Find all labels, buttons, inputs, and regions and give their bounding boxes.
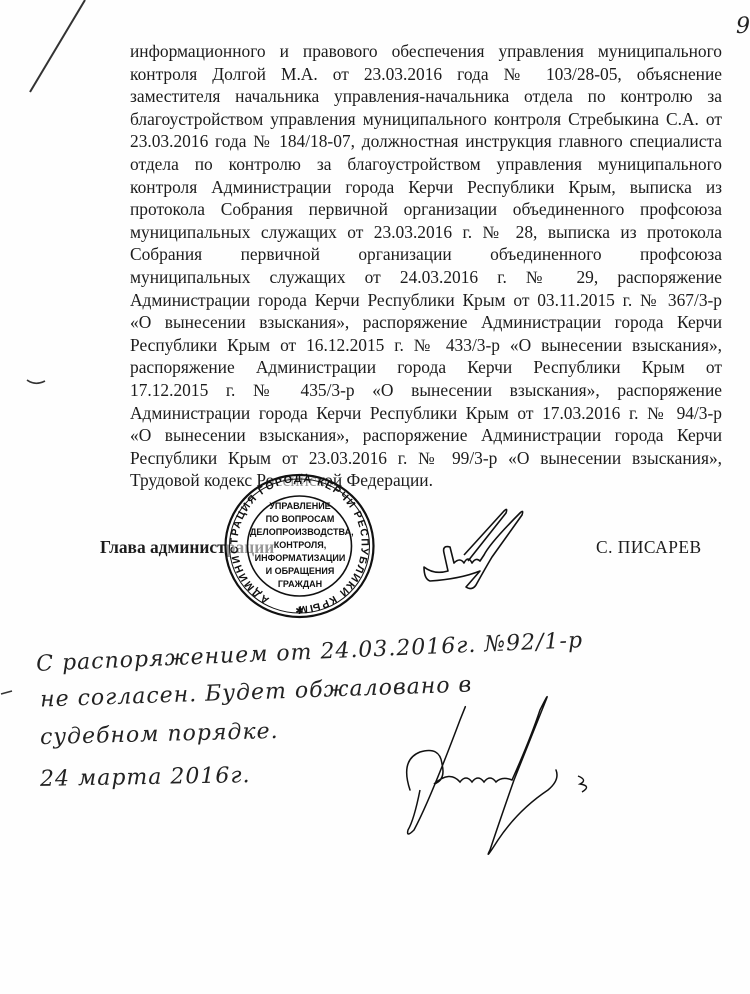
- handwritten-note-line-3: судебном порядке.: [40, 719, 279, 750]
- document-page: 9 информационного и правового обеспечени…: [0, 0, 750, 994]
- stamp-line: УПРАВЛЕНИЕ: [250, 500, 350, 513]
- body-line: «О вынесении взыскания», распоряжение Ад…: [130, 311, 722, 334]
- body-line: Республики Крым от 23.03.2016 г. № 99/3-…: [130, 447, 722, 470]
- body-text: информационного и правового обеспечения …: [130, 40, 722, 492]
- handwritten-note-date: 24 марта 2016г.: [40, 763, 251, 792]
- stamp-line: ПО ВОПРОСАМ: [250, 513, 350, 526]
- body-line: 17.12.2015 г. № 435/3-р «О вынесении взы…: [130, 379, 722, 402]
- official-signature: [420, 505, 530, 595]
- svg-text:✱: ✱: [295, 606, 303, 617]
- body-line: благоустройством управления муниципально…: [130, 108, 722, 131]
- body-line: контроля Долгой М.А. от 23.03.2016 года …: [130, 63, 722, 86]
- body-line: Собрания первичной организации объединен…: [130, 243, 722, 266]
- handwritten-note-line-1: С распоряжением от 24.03.2016г. №92/1-р: [36, 628, 584, 677]
- margin-dash: [0, 688, 16, 698]
- stamp-line: ГРАЖДАН: [250, 578, 350, 591]
- stamp-line: И ОБРАЩЕНИЯ: [250, 565, 350, 578]
- stamp-line: ИНФОРМАТИЗАЦИИ: [250, 552, 350, 565]
- body-line: распоряжение Администрации города Керчи …: [130, 356, 722, 379]
- stamp-center-text: УПРАВЛЕНИЕ ПО ВОПРОСАМ ДЕЛОПРОИЗВОДСТВА,…: [250, 500, 350, 591]
- employee-signature: [380, 680, 620, 850]
- body-line: отдела по контролю за благоустройством у…: [130, 153, 722, 176]
- body-line: «О вынесении взыскания», распоряжение Ад…: [130, 424, 722, 447]
- body-line: Администрации города Керчи Республики Кр…: [130, 402, 722, 425]
- signatory-name: С. ПИСАРЕВ: [596, 537, 702, 558]
- body-line: Трудовой кодекс Российской Федерации.: [130, 469, 722, 492]
- body-line: контроля Администрации города Керчи Респ…: [130, 176, 722, 199]
- stamp-line: КОНТРОЛЯ,: [250, 539, 350, 552]
- body-line: муниципальных служащих от 23.03.2016 г. …: [130, 221, 722, 244]
- body-line: муниципальных служащих от 24.03.2016 г. …: [130, 266, 722, 289]
- body-line: 23.03.2016 года № 184/18-07, должностная…: [130, 130, 722, 153]
- body-line: Республики Крым от 16.12.2015 г. № 433/3…: [130, 334, 722, 357]
- margin-mark: [25, 378, 50, 388]
- official-stamp: АДМИНИСТРАЦИЯ ГОРОДА КЕРЧИ РЕСПУБЛИКИ КР…: [222, 472, 377, 620]
- stamp-line: ДЕЛОПРОИЗВОДСТВА,: [250, 526, 350, 539]
- page-number: 9: [736, 14, 750, 39]
- body-line: заместителя начальника управления-началь…: [130, 85, 722, 108]
- body-line: информационного и правового обеспечения …: [130, 40, 722, 63]
- body-line: протокола Собрания первичной организации…: [130, 198, 722, 221]
- pen-stroke-mark: [0, 0, 120, 100]
- body-line: Администрации города Керчи Республики Кр…: [130, 289, 722, 312]
